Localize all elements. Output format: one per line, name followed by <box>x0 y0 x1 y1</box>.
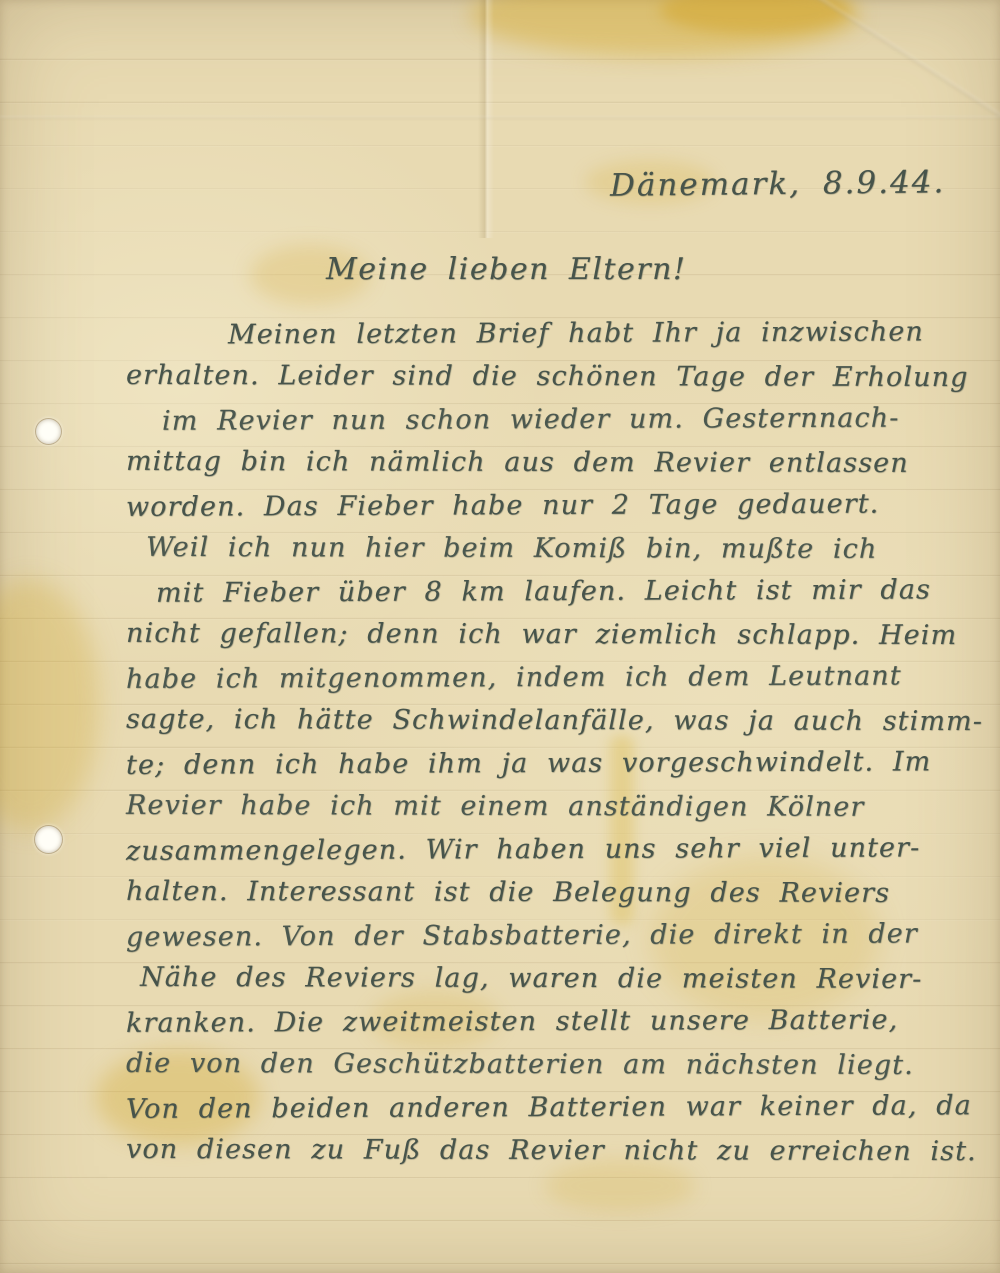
paper-stain <box>470 0 860 57</box>
paper-fold-crease <box>478 0 494 238</box>
letter-line: Revier habe ich mit einem anständigen Kö… <box>126 784 982 829</box>
letter-line: von diesen zu Fuß das Revier nicht zu er… <box>126 1128 982 1173</box>
letter-line: mit Fieber über 8 km laufen. Leicht ist … <box>156 568 982 615</box>
letter-body: Meinen letzten Brief habt Ihr ja inzwisc… <box>126 312 982 1172</box>
paper-stain <box>0 580 100 830</box>
letter-line: sagte, ich hätte Schwindelanfälle, was j… <box>126 698 982 743</box>
paper-fold-crease <box>0 116 1000 119</box>
letter-line: Nähe des Reviers lag, waren die meisten … <box>140 956 982 1001</box>
letter-line: nicht gefallen; denn ich war ziemlich sc… <box>126 612 982 657</box>
letter-line: kranken. Die zweitmeisten stellt unsere … <box>126 998 982 1045</box>
dateline: Dänemark, 8.9.44. <box>610 164 946 204</box>
paper-stain <box>660 0 850 34</box>
punch-hole-bottom <box>35 826 62 853</box>
punch-hole-top <box>36 419 61 444</box>
letter-line: worden. Das Fieber habe nur 2 Tage gedau… <box>126 482 982 529</box>
letter-line: Meinen letzten Brief habt Ihr ja inzwisc… <box>126 310 982 357</box>
letter-line: die von den Geschützbatterien am nächste… <box>126 1042 982 1087</box>
letter-line: te; denn ich habe ihm ja was vorgeschwin… <box>126 740 982 787</box>
letter-line: im Revier nun schon wieder um. Gesternna… <box>162 396 982 443</box>
letter-line: gewesen. Von der Stabsbatterie, die dire… <box>126 912 982 959</box>
letter-line: Von den beiden anderen Batterien war kei… <box>126 1084 982 1131</box>
letter-line: halten. Interessant ist die Belegung des… <box>126 870 982 915</box>
letter-page: Dänemark, 8.9.44. Meine lieben Eltern! M… <box>0 0 1000 1273</box>
letter-line: habe ich mitgenommen, indem ich dem Leut… <box>126 654 982 701</box>
letter-line: Weil ich nun hier beim Komiß bin, mußte … <box>146 526 982 571</box>
salutation: Meine lieben Eltern! <box>326 252 686 287</box>
paper-fold-crease <box>761 0 1000 148</box>
letter-line: mittag bin ich nämlich aus dem Revier en… <box>126 440 982 485</box>
letter-line: zusammengelegen. Wir haben uns sehr viel… <box>126 826 982 873</box>
letter-line: erhalten. Leider sind die schönen Tage d… <box>126 354 982 399</box>
